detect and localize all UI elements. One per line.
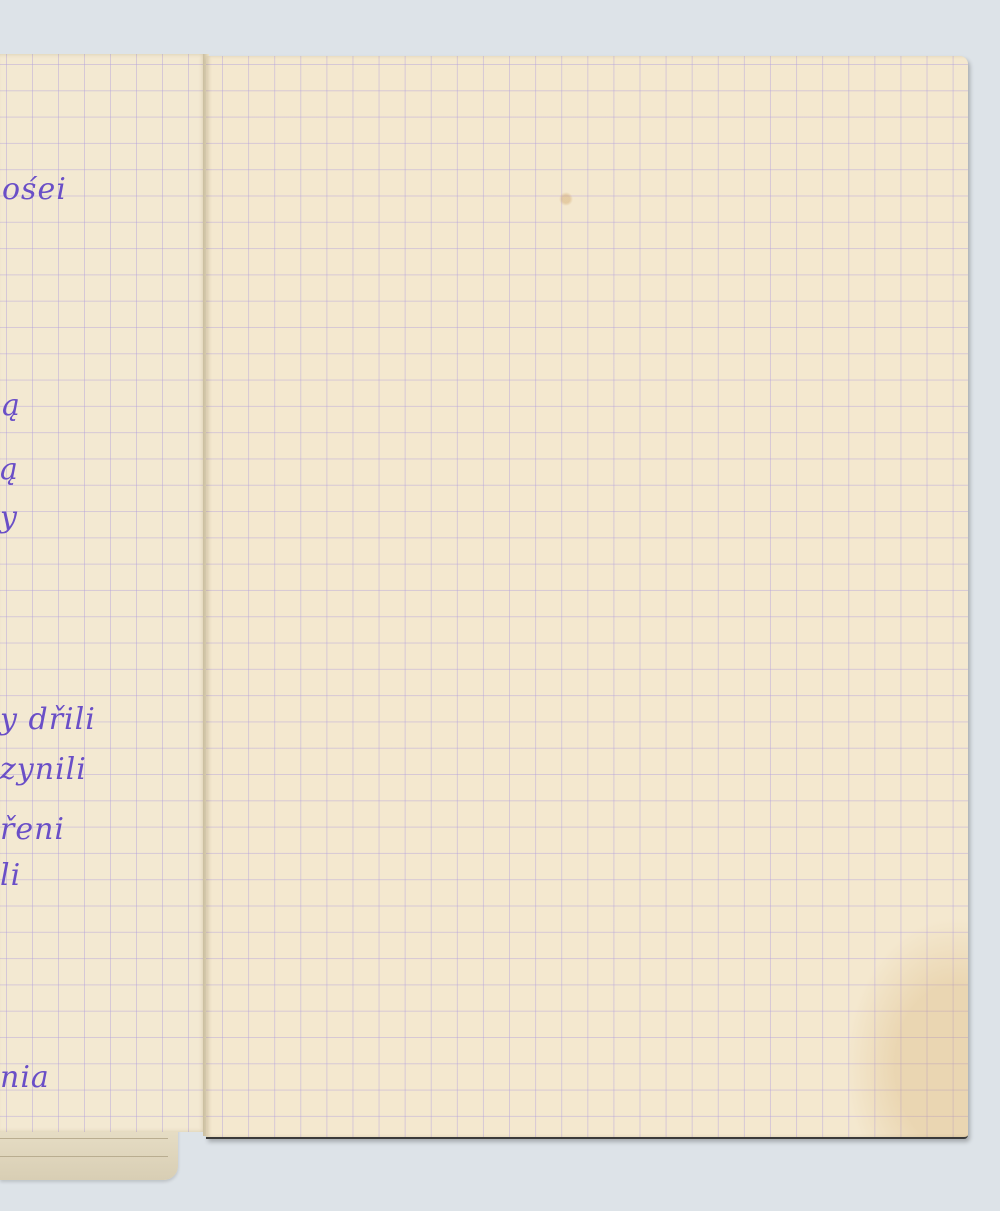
handwritten-fragment: li	[0, 858, 21, 893]
handwritten-fragment: zynili	[0, 752, 87, 787]
handwritten-fragment: y	[0, 500, 18, 535]
handwritten-fragment: nia	[0, 1060, 50, 1095]
right-notebook-page-blank	[206, 56, 968, 1139]
left-notebook-page	[0, 54, 206, 1132]
handwritten-fragment: ośei	[2, 172, 67, 207]
handwritten-fragment: řeni	[0, 812, 65, 847]
handwritten-fragment: ą	[2, 388, 21, 423]
handwritten-fragment: ą	[0, 452, 19, 487]
handwritten-fragment: y dřili	[0, 702, 96, 737]
